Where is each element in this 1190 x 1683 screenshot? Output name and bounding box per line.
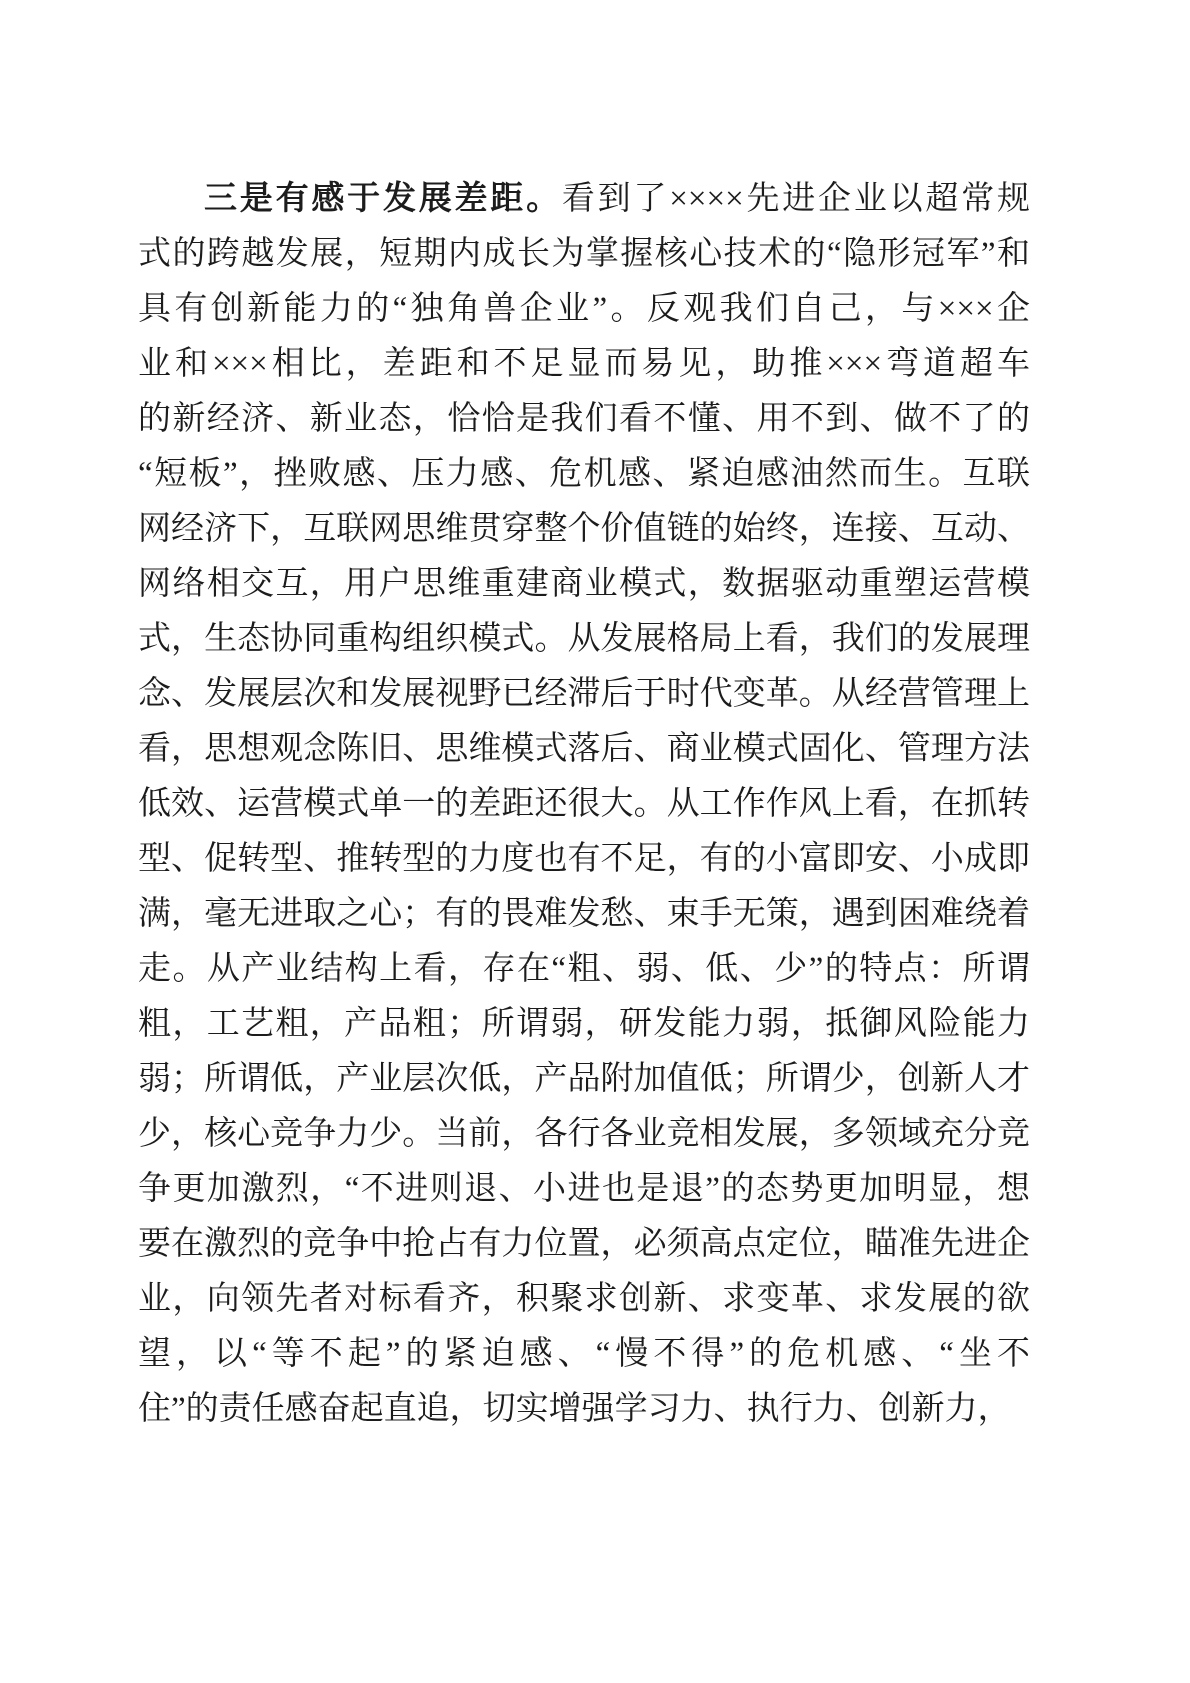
paragraph-line: 式，生态协同重构组织模式。从发展格局上看，我们的发展理 bbox=[138, 612, 1030, 667]
paragraph-line: 望，以“等不起”的紧迫感、“慢不得”的危机感、“坐不 bbox=[138, 1327, 1030, 1382]
paragraph-line: “短板”，挫败感、压力感、危机感、紧迫感油然而生。互联 bbox=[138, 447, 1030, 502]
paragraph-line: 争更加激烈，“不进则退、小进也是退”的态势更加明显，想 bbox=[138, 1162, 1030, 1217]
paragraph-line: 业和×××相比，差距和不足显而易见，助推×××弯道超车 bbox=[138, 337, 1030, 392]
paragraph-line: 弱；所谓低，产业层次低，产品附加值低；所谓少，创新人才 bbox=[138, 1052, 1030, 1107]
paragraph-line: 要在激烈的竞争中抢占有力位置，必须高点定位，瞄准先进企 bbox=[138, 1217, 1030, 1272]
paragraph-lead-bold: 三是有感于发展差距。 bbox=[204, 181, 562, 217]
paragraph-line: 粗，工艺粗，产品粗；所谓弱，研发能力弱，抵御风险能力 bbox=[138, 997, 1030, 1052]
paragraph-first-line-rest: 看到了××××先进企业以超常规 bbox=[562, 181, 1030, 217]
paragraph-line: 式的跨越发展，短期内成长为掌握核心技术的“隐形冠军”和 bbox=[138, 227, 1030, 282]
paragraph-line: 三是有感于发展差距。看到了××××先进企业以超常规 bbox=[138, 172, 1030, 227]
paragraph-line: 业，向领先者对标看齐，积聚求创新、求变革、求发展的欲 bbox=[138, 1272, 1030, 1327]
paragraph-line: 低效、运营模式单一的差距还很大。从工作作风上看，在抓转 bbox=[138, 777, 1030, 832]
paragraph-line: 少，核心竞争力少。当前，各行各业竞相发展，多领域充分竞 bbox=[138, 1107, 1030, 1162]
paragraph-line: 念、发展层次和发展视野已经滞后于时代变革。从经营管理上 bbox=[138, 667, 1030, 722]
paragraph-line: 的新经济、新业态，恰恰是我们看不懂、用不到、做不了的 bbox=[138, 392, 1030, 447]
paragraph-block: 三是有感于发展差距。看到了××××先进企业以超常规 式的跨越发展，短期内成长为掌… bbox=[138, 172, 1030, 1437]
paragraph-line: 住”的责任感奋起直追，切实增强学习力、执行力、创新力， bbox=[138, 1382, 1030, 1437]
paragraph-line: 走。从产业结构上看，存在“粗、弱、低、少”的特点：所谓 bbox=[138, 942, 1030, 997]
paragraph-line: 网经济下，互联网思维贯穿整个价值链的始终，连接、互动、 bbox=[138, 502, 1030, 557]
paragraph-line: 看，思想观念陈旧、思维模式落后、商业模式固化、管理方法 bbox=[138, 722, 1030, 777]
document-page: 三是有感于发展差距。看到了××××先进企业以超常规 式的跨越发展，短期内成长为掌… bbox=[0, 0, 1190, 1683]
paragraph-line: 网络相交互，用户思维重建商业模式，数据驱动重塑运营模 bbox=[138, 557, 1030, 612]
paragraph-line: 满，毫无进取之心；有的畏难发愁、束手无策，遇到困难绕着 bbox=[138, 887, 1030, 942]
paragraph-line: 具有创新能力的“独角兽企业”。反观我们自己，与×××企 bbox=[138, 282, 1030, 337]
paragraph-line: 型、促转型、推转型的力度也有不足，有的小富即安、小成即 bbox=[138, 832, 1030, 887]
